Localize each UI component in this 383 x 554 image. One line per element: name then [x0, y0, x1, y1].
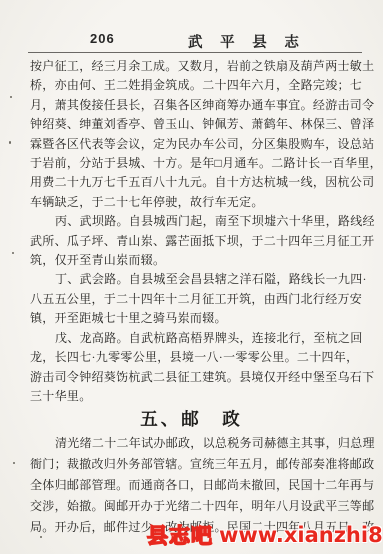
text-line: 于岩前，分站于县城、十方。是年□月通车。二路计长一百华里， — [30, 154, 366, 173]
text-line-paragraph-bing: 丙、武坝路。自县城西门起，南至下坝墟六十华里，路线经 — [30, 212, 366, 231]
text-line: 龙，长四七·九零零公里，县境一八·一零零公里。二十四年， — [30, 348, 366, 367]
roads-paragraphs: 按户征工，经三月余工成。又数月，岩前之铁扇及葫芦两士敏土 桥，亦由何、王二姓捐金… — [30, 57, 366, 406]
scan-speck — [13, 462, 15, 464]
text-line: 全体归邮部管理。而通商各口，日邮尚未撤回，民国十二年再与 — [30, 475, 366, 496]
text-line: 用费二十九万七千五百八十九元。自十方达杭城一线，因杭公司 — [30, 173, 366, 192]
text-line-paragraph-postal: 清光绪二十二年试办邮政，以总税务司赫德主其事，归总理 — [30, 433, 366, 454]
text-line: 钟绍葵、绅董刘香亭、曾玉山、钟佩芳、萧鹤年、林保三、曾泽 — [30, 115, 366, 134]
text-line: 桥，亦由何、王二姓捐金筑成。二十四年六月，全路完竣；七 — [30, 76, 366, 95]
book-title: 武 平 县 志 — [188, 31, 306, 52]
text-line: 衙门；裁撤改归外务部管辖。宣统三年五月，邮传部奏准将邮政 — [30, 454, 366, 475]
header-divider — [28, 52, 362, 53]
postal-paragraph: 清光绪二十二年试办邮政，以总税务司赫德主其事，归总理 衙门；裁撤改归外务部管辖。… — [30, 433, 366, 538]
text-line-paragraph-ding: 丁、武会路。自县城至会昌县辖之洋石隘，路线长一九四· — [30, 270, 366, 289]
text-line: 镇，开至距城七十里之骑马岽而辍。 — [30, 309, 366, 328]
scanned-book-page: 206 武 平 县 志 按户征工，经三月余工成。又数月，岩前之铁扇及葫芦两士敏土… — [0, 0, 383, 554]
scan-speck — [10, 96, 12, 98]
text-line: 游击司令钟绍葵饬杭武二县征工建筑。县境仅开经中堡至乌石下 — [30, 368, 366, 387]
text-line: 三十华里。 — [30, 387, 366, 406]
text-line: 武所、瓜子坪、青山岽、露芒面抵下坝，于二十四年三月征工开 — [30, 232, 366, 251]
section-heading-postal: 五、邮 政 — [0, 406, 383, 431]
scan-speck — [9, 141, 11, 144]
page-header: 206 武 平 县 志 — [0, 31, 383, 51]
text-line: 霖暨各区代表等会议，定为民办车公司，分区集股购车，设总站 — [30, 135, 366, 154]
text-line: 车辆缺乏，于二十七年停驶，故行车无定。 — [30, 193, 366, 212]
text-line: 按户征工，经三月余工成。又数月，岩前之铁扇及葫芦两士敏土 — [30, 57, 366, 76]
text-line: 交涉，始撤。闽邮开办于光绪二十四年，明年八月设武平三等邮 — [30, 496, 366, 517]
text-line: 局。开办后，邮件过少，改为邮柜。民国二十四年八月五日，改 — [30, 517, 366, 538]
text-line-paragraph-wu: 戊、龙高路。自武杭路高梧界牌头，连接北行，至杭之回 — [30, 329, 366, 348]
text-line: 八五五公里，于二十四年十二月征工开筑，由西门北行经万安 — [30, 290, 366, 309]
text-line: 筑，仅开至青山岽而辍。 — [30, 251, 366, 270]
text-line: 月，萧其俊接任县长，召集各区绅商筹办通车事宜。经游击司令 — [30, 96, 366, 115]
scan-speck — [12, 252, 14, 254]
page-number: 206 — [90, 31, 115, 46]
scan-speck — [40, 536, 42, 538]
